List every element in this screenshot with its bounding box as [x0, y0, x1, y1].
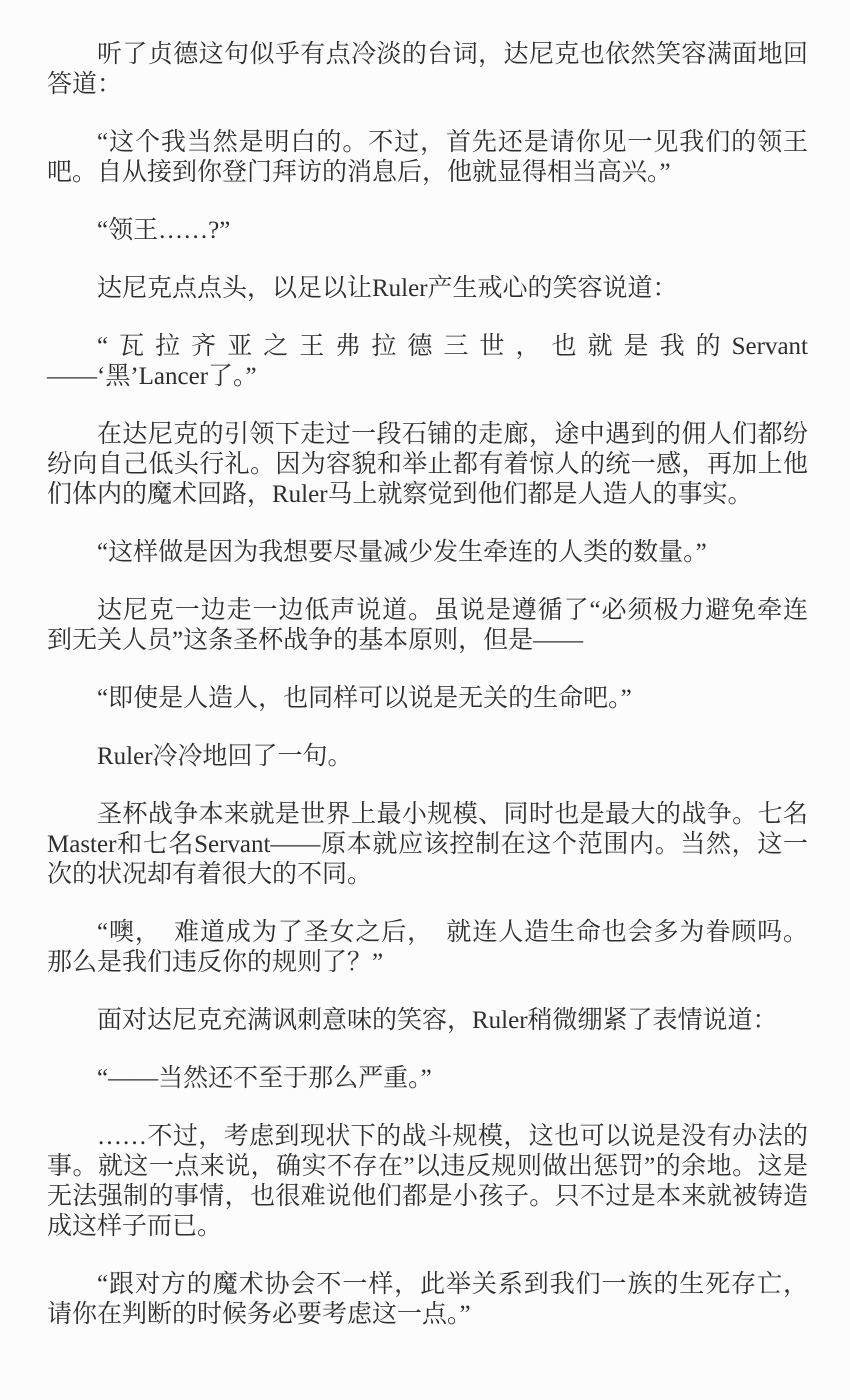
paragraph: Ruler冷冷地回了一句。	[47, 742, 808, 772]
paragraph: “领王……?”	[47, 216, 808, 246]
paragraph: “这个我当然是明白的。不过，首先还是请你见一见我们的领王吧。自从接到你登门拜访的…	[47, 128, 808, 188]
paragraph: “噢， 难道成为了圣女之后， 就连人造生命也会多为眷顾吗。那么是我们违反你的规则…	[47, 918, 808, 978]
paragraph: “即使是人造人，也同样可以说是无关的生命吧。”	[47, 684, 808, 714]
paragraph-line: “瓦拉齐亚之王弗拉德三世，也就是我的Servant	[47, 332, 808, 362]
paragraph: 达尼克一边走一边低声说道。虽说是遵循了“必须极力避免牵连到无关人员”这条圣杯战争…	[47, 596, 808, 656]
paragraph: “——当然还不至于那么严重。”	[47, 1064, 808, 1094]
paragraph: 听了贞德这句似乎有点冷淡的台词，达尼克也依然笑容满面地回答道：	[47, 40, 808, 100]
paragraph: ……不过，考虑到现状下的战斗规模，这也可以说是没有办法的事。就这一点来说，确实不…	[47, 1122, 808, 1242]
paragraph-line: ——‘黑’Lancer了。”	[47, 362, 808, 392]
paragraph: “跟对方的魔术协会不一样，此举关系到我们一族的生死存亡，请你在判断的时候务必要考…	[47, 1270, 808, 1330]
paragraph: 圣杯战争本来就是世界上最小规模、同时也是最大的战争。七名Master和七名Ser…	[47, 800, 808, 890]
paragraph: 达尼克点点头，以足以让Ruler产生戒心的笑容说道：	[47, 274, 808, 304]
paragraph: 面对达尼克充满讽刺意味的笑容，Ruler稍微绷紧了表情说道：	[47, 1006, 808, 1036]
paragraph: “这样做是因为我想要尽量减少发生牵连的人类的数量。”	[47, 538, 808, 568]
novel-page-body: 听了贞德这句似乎有点冷淡的台词，达尼克也依然笑容满面地回答道：“这个我当然是明白…	[0, 0, 850, 1330]
paragraph: “瓦拉齐亚之王弗拉德三世，也就是我的Servant——‘黑’Lancer了。”	[47, 332, 808, 392]
paragraph: 在达尼克的引领下走过一段石铺的走廊，途中遇到的佣人们都纷纷向自己低头行礼。因为容…	[47, 420, 808, 510]
